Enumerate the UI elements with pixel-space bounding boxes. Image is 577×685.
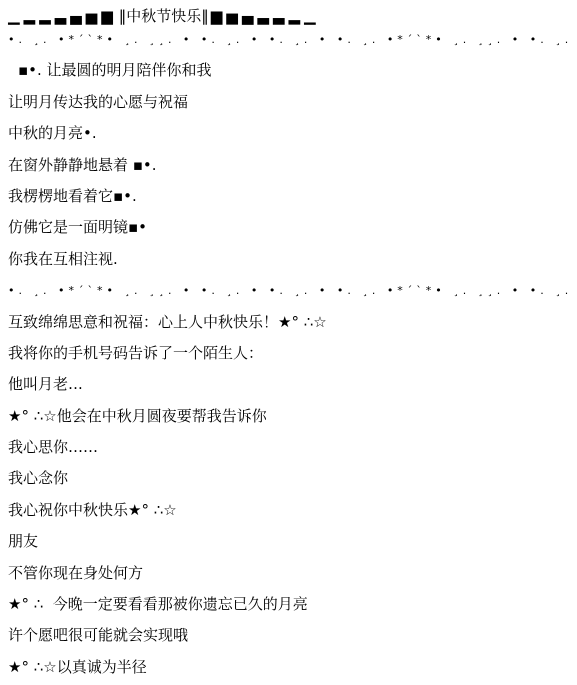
poem-line: 让明月传达我的心愿与祝福	[8, 87, 577, 118]
blessing-line: 互致绵绵思意和祝福：心上人中秋快乐！★° ∴☆	[8, 307, 577, 338]
blessing-line: 我心思你……	[8, 432, 577, 463]
blessing-line: 我心念你	[8, 463, 577, 494]
page: ▁▂▂▃▄▅▆ ‖中秋节快乐‖ ▆▅▄▃▃▂▁ •. ¸. •*´`*• ¸. …	[0, 0, 577, 685]
blessing-line: 他叫月老‥.	[8, 369, 577, 400]
blessing-line: ★° ∴ 今晚一定要看看那被你遗忘已久的月亮	[8, 589, 577, 620]
poem-line: 在窗外静静地悬着 ▪•.	[8, 150, 577, 181]
blessing-line: 我将你的手机号码告诉了一个陌生人：	[8, 338, 577, 369]
decor-dots-middle: •. ¸. •*´`*• ¸. ¸¸. • •. ¸. • •. ¸. • •.…	[8, 275, 577, 306]
poem-line: ▪•. 让最圆的明月陪伴你和我	[8, 55, 577, 86]
banner-right-ramp-decoration: ▆▅▄▃▃▂▁	[211, 9, 320, 24]
banner-title: ‖中秋节快乐‖	[117, 8, 211, 25]
blessing-line: 我心祝你中秋快乐★° ∴☆	[8, 495, 577, 526]
poem-line: 仿佛它是一面明镜▪•	[8, 212, 577, 243]
banner-left-ramp-decoration: ▁▂▂▃▄▅▆	[8, 9, 117, 24]
poem-line: 我楞楞地看着它▪•.	[8, 181, 577, 212]
blessing-line: ★° ∴☆他会在中秋月圆夜要帮我告诉你	[8, 401, 577, 432]
blessing-line: 朋友	[8, 526, 577, 557]
blessing-line: ★° ∴☆以真诚为半径	[8, 652, 577, 683]
decor-dots-top: •. ¸. •*´`*• ¸. ¸¸. • •. ¸. • •. ¸. • •.…	[8, 24, 577, 55]
blessing-line: 许个愿吧很可能就会实现哦	[8, 620, 577, 651]
blessing-line: 不管你现在身处何方	[8, 558, 577, 589]
content-area: ▁▂▂▃▄▅▆ ‖中秋节快乐‖ ▆▅▄▃▃▂▁ •. ¸. •*´`*• ¸. …	[0, 2, 577, 683]
header-banner: ▁▂▂▃▄▅▆ ‖中秋节快乐‖ ▆▅▄▃▃▂▁	[8, 2, 577, 24]
poem-line: 中秋的月亮•.	[8, 118, 577, 149]
poem-line: 你我在互相注视.	[8, 244, 577, 275]
